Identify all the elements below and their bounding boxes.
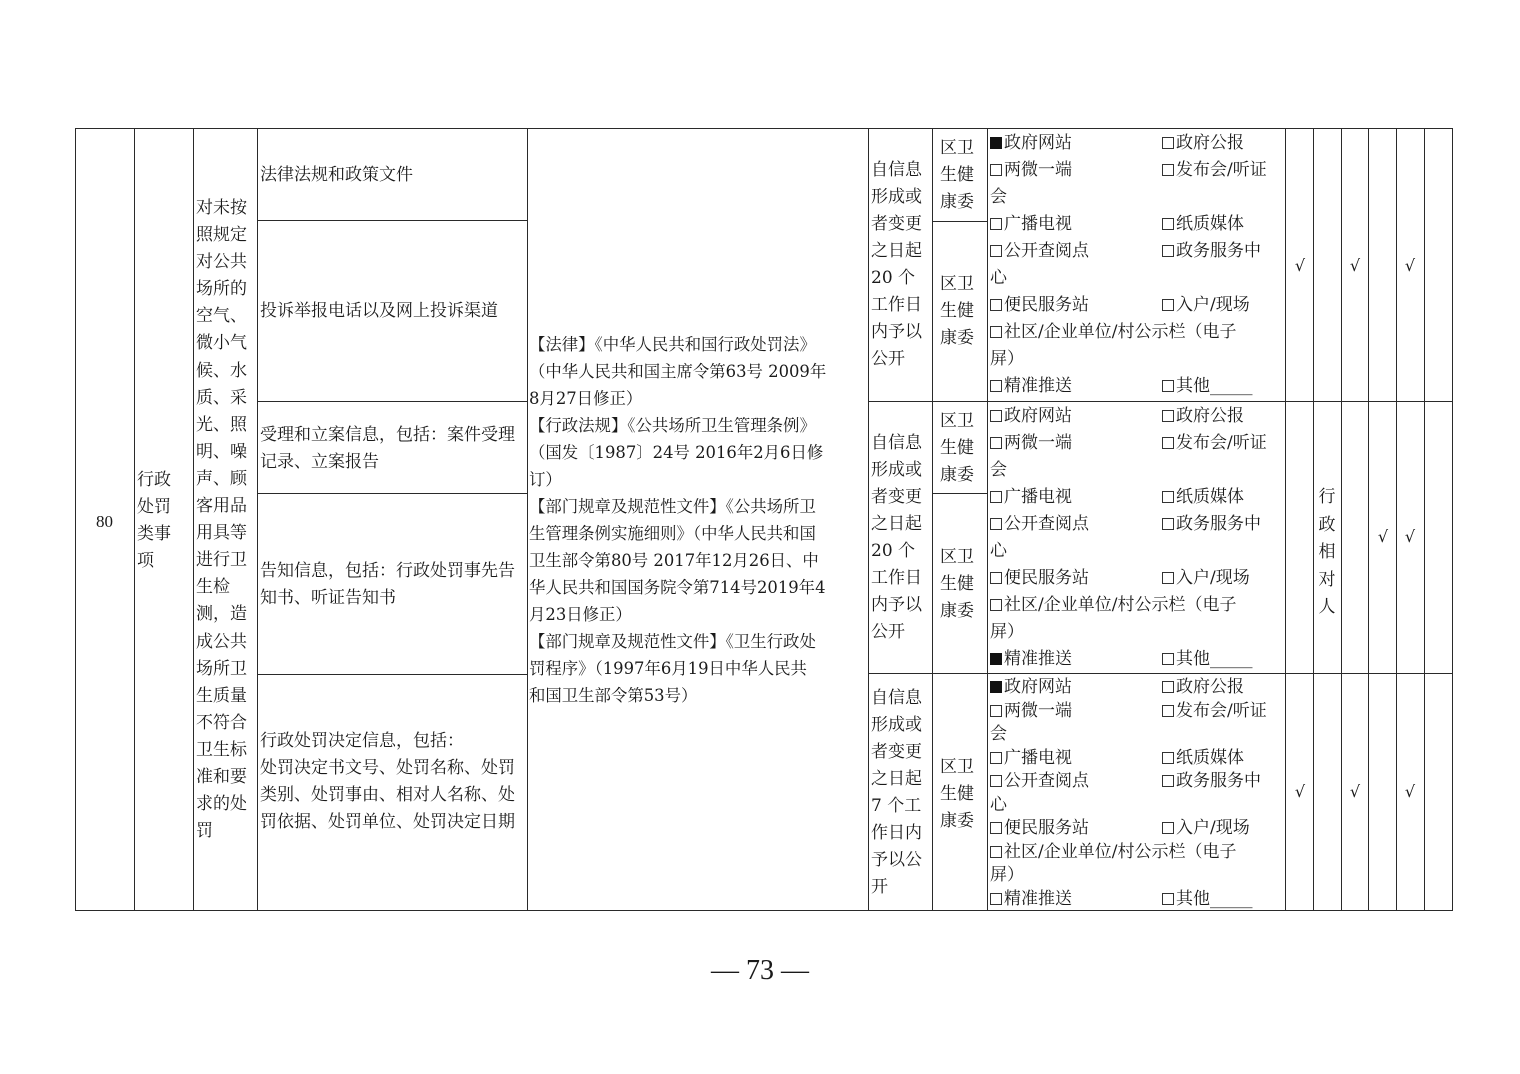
- channel-option[interactable]: 社区/企业单位/村公示栏（电子: [990, 592, 1236, 619]
- document-page: 80 行政 处罚 类事 项 对未按 照规定 对公共 场所的 空气、 微小气 候、…: [0, 0, 1520, 1074]
- channel-option[interactable]: 入户/现场: [1162, 817, 1250, 841]
- timeframe-group-2: 自信息 形成或 者变更 之日起 20 个 工作日 内予以 公开: [871, 430, 931, 646]
- channel-option[interactable]: 政务服务中: [1162, 770, 1261, 794]
- checkbox-icon[interactable]: [1162, 822, 1174, 834]
- table-border-top: [75, 128, 1453, 129]
- checkmark-icon: √: [1396, 527, 1424, 546]
- channel-option[interactable]: 政务服务中: [1162, 511, 1261, 538]
- checkbox-icon[interactable]: [1162, 218, 1174, 230]
- checkbox-icon[interactable]: [990, 599, 1002, 611]
- checkbox-icon[interactable]: [1162, 752, 1174, 764]
- checkbox-icon[interactable]: [990, 705, 1002, 717]
- checkmark-icon: √: [1396, 782, 1424, 801]
- checkbox-icon[interactable]: [990, 245, 1002, 257]
- checkbox-icon[interactable]: [1162, 137, 1174, 149]
- checkbox-icon[interactable]: [990, 846, 1002, 858]
- channel-option[interactable]: 政府公报: [1162, 403, 1244, 430]
- checkbox-icon[interactable]: [1162, 299, 1174, 311]
- col-border: [987, 128, 988, 911]
- checkbox-icon[interactable]: [990, 410, 1002, 422]
- checkbox-icon[interactable]: [1162, 518, 1174, 530]
- checkbox-icon[interactable]: [990, 893, 1002, 905]
- channel-option[interactable]: 公开查阅点: [990, 511, 1089, 538]
- col-border: [193, 128, 194, 911]
- channel-option[interactable]: 政府网站: [990, 130, 1072, 157]
- content-item: 行政处罚决定信息，包括： 处罚决定书文号、处罚名称、处罚类别、处罚事由、相对人名…: [260, 728, 528, 836]
- content-divider: [257, 220, 527, 221]
- checkbox-icon[interactable]: [990, 752, 1002, 764]
- checkbox-icon[interactable]: [1162, 893, 1174, 905]
- channels-group-2: 政府网站政府公报 两微一端发布会/听证 会 广播电视纸质媒体 公开查阅点政务服务…: [990, 403, 1285, 673]
- col-border: [1452, 128, 1453, 911]
- content-item: 告知信息，包括：行政处罚事先告知书、听证告知书: [260, 558, 526, 612]
- channel-option[interactable]: 两微一端: [990, 157, 1072, 184]
- checkbox-checked-icon[interactable]: [990, 681, 1002, 693]
- checkbox-icon[interactable]: [990, 491, 1002, 503]
- checkmark-icon: √: [1396, 256, 1424, 275]
- channel-option[interactable]: 其他_____: [1162, 646, 1253, 673]
- checkmark-icon: √: [1286, 256, 1314, 275]
- legal-basis: 【法律】《中华人民共和国行政处罚法》 （中华人民共和国主席令第63号 2009年…: [529, 331, 869, 709]
- channel-option[interactable]: 广播电视: [990, 211, 1072, 238]
- category-line: 行政: [137, 467, 193, 494]
- channel-option[interactable]: 便民服务站: [990, 817, 1089, 841]
- channel-option[interactable]: 两微一端: [990, 700, 1072, 724]
- checkbox-icon[interactable]: [1162, 245, 1174, 257]
- agency: 区卫 生健 康委: [940, 544, 986, 625]
- category: 行政 处罚 类事 项: [137, 467, 193, 575]
- channel-option[interactable]: 精准推送: [990, 888, 1072, 912]
- channel-option[interactable]: 发布会/听证: [1162, 430, 1267, 457]
- channel-option[interactable]: 发布会/听证: [1162, 700, 1267, 724]
- checkbox-icon[interactable]: [1162, 572, 1174, 584]
- page-number: — 73 —: [0, 955, 1520, 987]
- content-divider: [257, 674, 527, 675]
- checkmark-icon: √: [1341, 782, 1369, 801]
- channel-option[interactable]: 政府网站: [990, 403, 1072, 430]
- checkbox-icon[interactable]: [990, 437, 1002, 449]
- timeframe-group-1: 自信息 形成或 者变更 之日起 20 个 工作日 内予以 公开: [871, 157, 931, 373]
- channel-option[interactable]: 两微一端: [990, 430, 1072, 457]
- checkbox-icon[interactable]: [1162, 491, 1174, 503]
- channel-option[interactable]: 纸质媒体: [1162, 211, 1244, 238]
- col-border: [1424, 128, 1425, 911]
- row-number: 80: [75, 508, 134, 535]
- channel-option[interactable]: 纸质媒体: [1162, 747, 1244, 771]
- agency: 区卫 生健 康委: [940, 408, 986, 489]
- channel-option[interactable]: 政府公报: [1162, 130, 1244, 157]
- group-divider-1: [868, 401, 1453, 402]
- checkbox-icon[interactable]: [1162, 681, 1174, 693]
- content-item: 法律法规和政策文件: [260, 162, 526, 189]
- checkbox-icon[interactable]: [1162, 775, 1174, 787]
- category-line: 处罚: [137, 494, 193, 521]
- checkbox-icon[interactable]: [1162, 410, 1174, 422]
- relative-person-label: 行 政 相 对 人: [1313, 484, 1341, 622]
- channel-option[interactable]: 其他_____: [1162, 888, 1253, 912]
- channel-option[interactable]: 公开查阅点: [990, 770, 1089, 794]
- channel-option[interactable]: 入户/现场: [1162, 565, 1250, 592]
- checkmark-icon: √: [1341, 256, 1369, 275]
- checkbox-icon[interactable]: [990, 164, 1002, 176]
- channel-option[interactable]: 其他_____: [1162, 373, 1253, 400]
- channel-option[interactable]: 便民服务站: [990, 565, 1089, 592]
- checkbox-icon[interactable]: [1162, 437, 1174, 449]
- channel-option[interactable]: 政务服务中: [1162, 238, 1261, 265]
- channels-group-3: 政府网站政府公报 两微一端发布会/听证 会 广播电视纸质媒体 公开查阅点政务服务…: [990, 676, 1285, 911]
- checkmark-icon: √: [1369, 527, 1397, 546]
- checkbox-checked-icon[interactable]: [990, 653, 1002, 665]
- checkbox-icon[interactable]: [990, 775, 1002, 787]
- channel-option[interactable]: 便民服务站: [990, 292, 1089, 319]
- checkbox-icon[interactable]: [1162, 653, 1174, 665]
- checkmark-icon: √: [1286, 782, 1314, 801]
- col-border: [134, 128, 135, 911]
- checkbox-icon[interactable]: [990, 518, 1002, 530]
- group-divider-2: [868, 673, 1453, 674]
- checkbox-icon[interactable]: [990, 822, 1002, 834]
- timeframe-group-3: 自信息 形成或 者变更 之日起 7 个工 作日内 予以公 开: [871, 685, 931, 901]
- col-border: [932, 128, 933, 911]
- content-item: 受理和立案信息，包括：案件受理记录、立案报告: [260, 422, 526, 476]
- channel-option[interactable]: 政府公报: [1162, 676, 1244, 700]
- checkbox-icon[interactable]: [1162, 705, 1174, 717]
- channel-option[interactable]: 发布会/听证: [1162, 157, 1267, 184]
- agency-divider: [932, 221, 987, 222]
- channel-option[interactable]: 政府网站: [990, 676, 1072, 700]
- checkbox-icon[interactable]: [990, 218, 1002, 230]
- agency-divider: [932, 493, 987, 494]
- checkbox-icon[interactable]: [1162, 164, 1174, 176]
- category-line: 项: [137, 548, 193, 575]
- agency: 区卫 生健 康委: [940, 271, 986, 352]
- checkbox-icon[interactable]: [990, 380, 1002, 392]
- channel-option[interactable]: 入户/现场: [1162, 292, 1250, 319]
- checkbox-icon[interactable]: [1162, 380, 1174, 392]
- checkbox-icon[interactable]: [990, 326, 1002, 338]
- item-description: 对未按 照规定 对公共 场所的 空气、 微小气 候、水 质、采 光、照 明、噪 …: [196, 195, 258, 845]
- checkbox-icon[interactable]: [990, 572, 1002, 584]
- agency: 区卫 生健 康委: [940, 135, 986, 216]
- content-divider: [257, 401, 527, 402]
- channel-option[interactable]: 社区/企业单位/村公示栏（电子: [990, 319, 1236, 346]
- agency: 区卫 生健 康委: [940, 754, 986, 835]
- channel-option[interactable]: 广播电视: [990, 747, 1072, 771]
- channels-group-1: 政府网站政府公报 两微一端发布会/听证 会 广播电视纸质媒体 公开查阅点政务服务…: [990, 130, 1285, 400]
- checkbox-icon[interactable]: [990, 299, 1002, 311]
- category-line: 类事: [137, 521, 193, 548]
- channel-option[interactable]: 公开查阅点: [990, 238, 1089, 265]
- channel-option[interactable]: 纸质媒体: [1162, 484, 1244, 511]
- channel-option[interactable]: 精准推送: [990, 373, 1072, 400]
- checkbox-checked-icon[interactable]: [990, 137, 1002, 149]
- content-item: 投诉举报电话以及网上投诉渠道: [260, 298, 530, 325]
- content-divider: [257, 493, 527, 494]
- channel-option[interactable]: 精准推送: [990, 646, 1072, 673]
- channel-option[interactable]: 广播电视: [990, 484, 1072, 511]
- channel-option[interactable]: 社区/企业单位/村公示栏（电子: [990, 841, 1236, 865]
